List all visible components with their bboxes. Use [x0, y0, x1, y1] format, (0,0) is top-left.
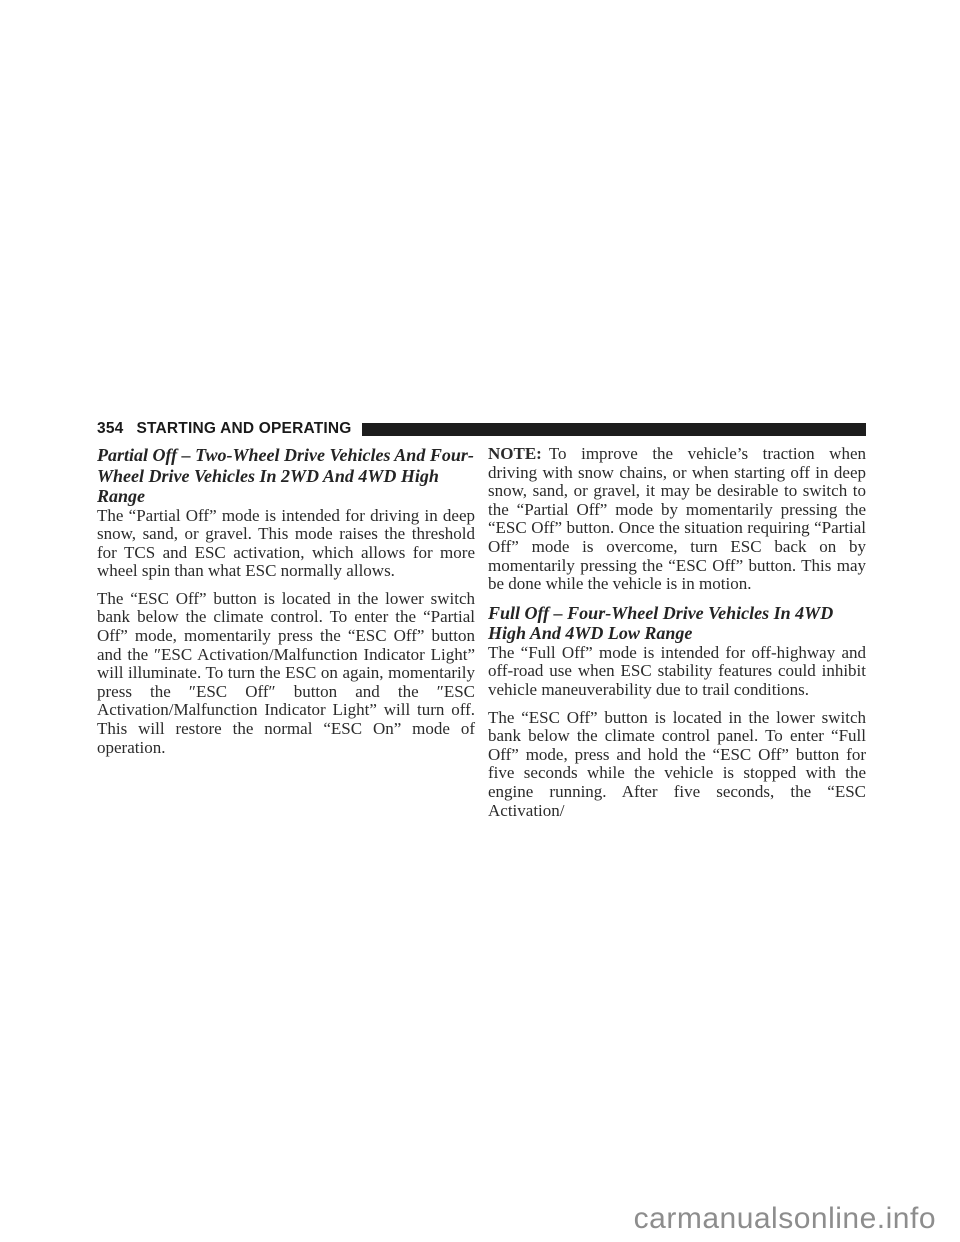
page-number: 354 — [97, 420, 123, 438]
header-rule-bar — [362, 423, 866, 436]
manual-page: 354 STARTING AND OPERATING Partial Off –… — [0, 0, 960, 1242]
section-header: 354 STARTING AND OPERATING — [97, 420, 866, 438]
left-column: Partial Off – Two-Wheel Drive Vehicles A… — [97, 445, 475, 820]
two-column-layout: Partial Off – Two-Wheel Drive Vehicles A… — [97, 445, 866, 820]
note-body: To improve the vehicle’s traction when d… — [488, 444, 866, 593]
paragraph-partial-off-button: The “ESC Off” button is located in the l… — [97, 590, 475, 757]
paragraph-full-off-button: The “ESC Off” button is located in the l… — [488, 709, 866, 821]
right-column: NOTE:To improve the vehicle’s traction w… — [488, 445, 866, 820]
note-label: NOTE: — [488, 444, 542, 463]
paragraph-full-off-intro: The “Full Off” mode is intended for off-… — [488, 644, 866, 700]
note-paragraph: NOTE:To improve the vehicle’s traction w… — [488, 445, 866, 594]
paragraph-partial-off-intro: The “Partial Off” mode is intended for d… — [97, 507, 475, 581]
heading-full-off: Full Off – Four-Wheel Drive Vehicles In … — [488, 603, 866, 644]
page-content: 354 STARTING AND OPERATING Partial Off –… — [97, 420, 866, 820]
section-title: STARTING AND OPERATING — [136, 420, 351, 438]
watermark-text: carmanualsonline.info — [634, 1202, 936, 1236]
heading-partial-off: Partial Off – Two-Wheel Drive Vehicles A… — [97, 445, 475, 507]
